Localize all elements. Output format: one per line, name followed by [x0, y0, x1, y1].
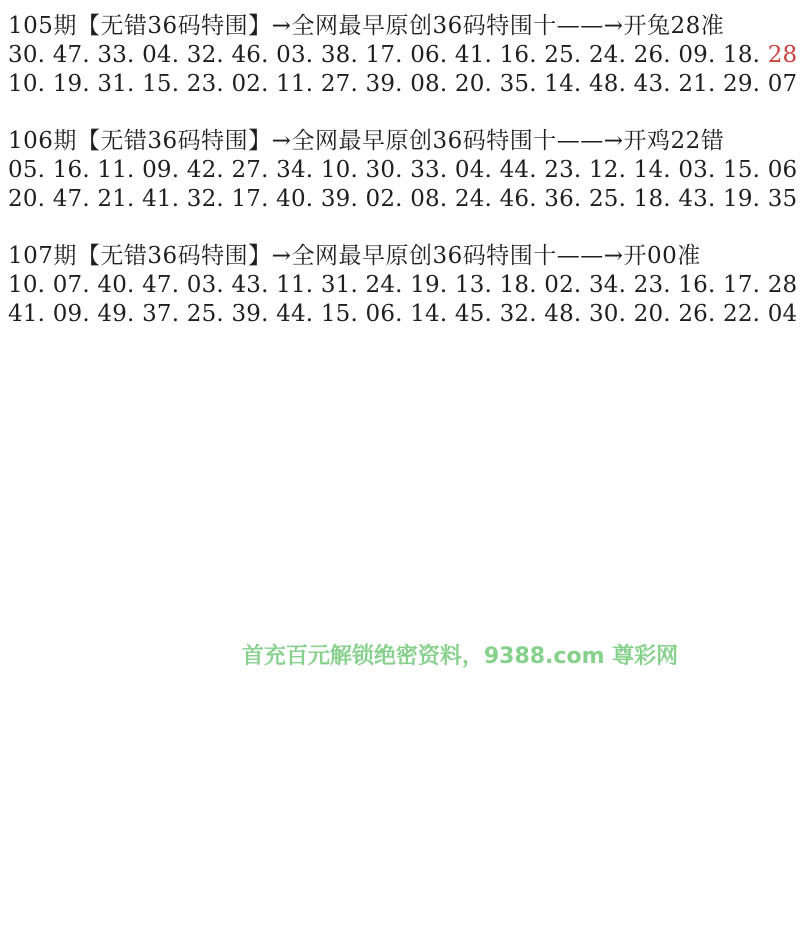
issue-107-numbers-row-2: 41. 09. 49. 37. 25. 39. 44. 15. 06. 14. …: [8, 300, 800, 329]
issue-105-numbers-row-1-main: 30. 47. 33. 04. 32. 46. 03. 38. 17. 06. …: [8, 42, 768, 68]
issue-section-107: 107期【无错36码特围】→全网最早原创36码特围十——→开00准 10. 07…: [8, 242, 800, 329]
issue-105-header: 105期【无错36码特围】→全网最早原创36码特围十——→开兔28准: [8, 12, 800, 41]
issue-107-numbers-row-1: 10. 07. 40. 47. 03. 43. 11. 31. 24. 19. …: [8, 271, 800, 300]
issue-106-numbers-row-1: 05. 16. 11. 09. 42. 27. 34. 10. 30. 33. …: [8, 156, 800, 185]
issue-107-numbers-row-1-main: 10. 07. 40. 47. 03. 43. 11. 31. 24. 19. …: [8, 272, 797, 298]
lottery-predictions-page: 105期【无错36码特围】→全网最早原创36码特围十——→开兔28准 30. 4…: [0, 0, 800, 329]
issue-107-header: 107期【无错36码特围】→全网最早原创36码特围十——→开00准: [8, 242, 800, 271]
issue-section-105: 105期【无错36码特围】→全网最早原创36码特围十——→开兔28准 30. 4…: [8, 12, 800, 99]
issue-105-numbers-row-1: 30. 47. 33. 04. 32. 46. 03. 38. 17. 06. …: [8, 41, 800, 70]
issue-105-hit-number: 28: [768, 42, 798, 68]
issue-106-header: 106期【无错36码特围】→全网最早原创36码特围十——→开鸡22错: [8, 127, 800, 156]
issue-106-numbers-row-2: 20. 47. 21. 41. 32. 17. 40. 39. 02. 08. …: [8, 185, 800, 214]
issue-section-106: 106期【无错36码特围】→全网最早原创36码特围十——→开鸡22错 05. 1…: [8, 127, 800, 214]
issue-106-numbers-row-1-main: 05. 16. 11. 09. 42. 27. 34. 10. 30. 33. …: [8, 157, 797, 183]
footer-promo-link[interactable]: 首充百元解锁绝密资料，9388.com 尊彩网: [60, 643, 800, 671]
issue-105-numbers-row-2: 10. 19. 31. 15. 23. 02. 11. 27. 39. 08. …: [8, 70, 800, 99]
